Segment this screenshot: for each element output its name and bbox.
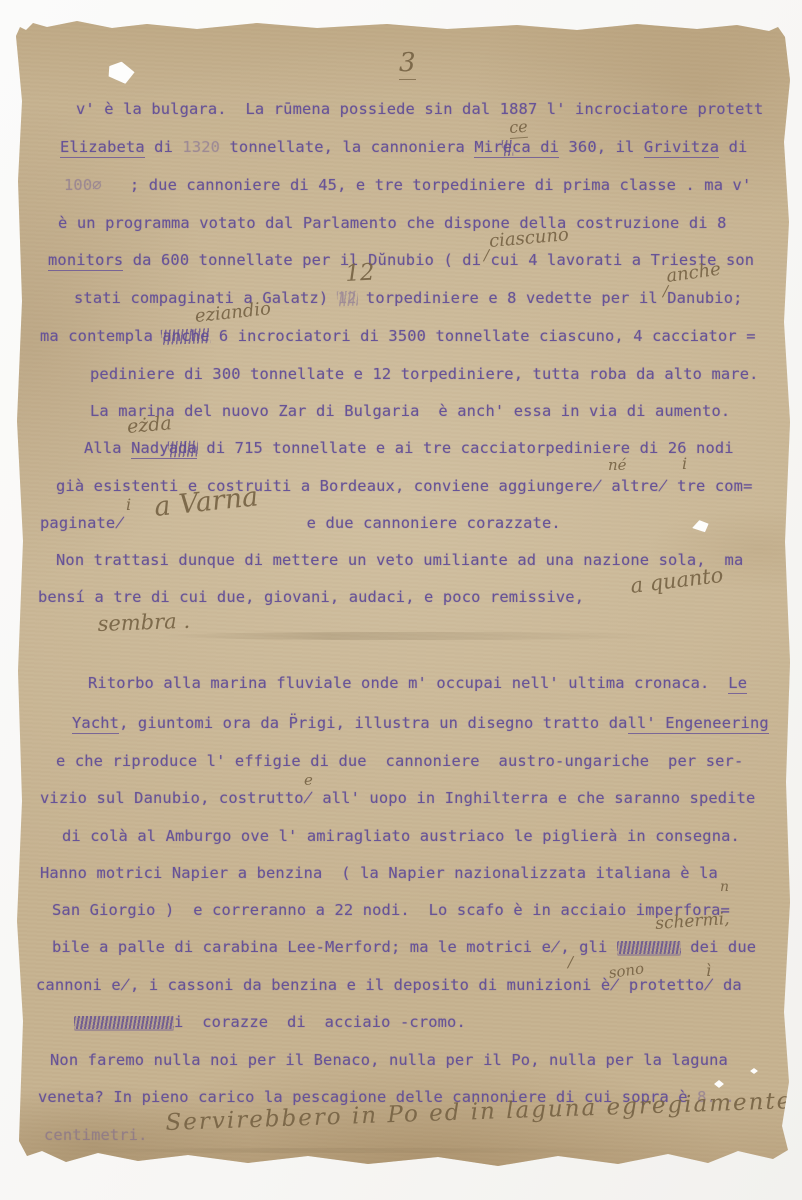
typed-line: paginate̸e due cannoniere corazzate.	[40, 514, 561, 532]
typed-text: i corazze di acciaio -cromo.	[174, 1013, 466, 1031]
typed-text: da	[714, 976, 742, 994]
typed-line: i corazze di acciaio -cromo.	[74, 1013, 466, 1031]
typed-text: Ritorbo alla marina fluviale onde m' occ…	[88, 674, 728, 692]
handwritten-annotation: i	[682, 454, 687, 473]
typed-line: Yacht, giuntomi ora da P̈rigi, illustra …	[72, 714, 769, 734]
typed-text: Non trattasi dunque di mettere un veto u…	[56, 551, 743, 569]
typed-text: ; due cannoniere di 45, e tre torpedinie…	[102, 176, 752, 194]
typed-line: è un programma votato dal Parlamento che…	[58, 214, 727, 232]
typed-line: Hanno motrici Napier a benzina ( la Napi…	[40, 864, 718, 882]
typed-text: tonnellate, la cannoniera	[220, 138, 474, 156]
typed-text: già esistenti e costruiti a Bordeaux, co…	[56, 477, 583, 495]
typed-line: bensí a tre di cui due, giovani, audaci,…	[38, 588, 584, 606]
typed-text: e̸	[583, 477, 602, 495]
typed-line: Non trattasi dunque di mettere un veto u…	[56, 551, 743, 569]
typed-text: è un programma votato dal Parlamento che…	[58, 214, 727, 232]
paper-damage-chip	[106, 58, 137, 85]
typed-line: stati compaginati a Galatz) 12 torpedini…	[74, 289, 743, 307]
typed-line: di colà al Amburgo ove l' amiragliato au…	[62, 827, 740, 845]
typed-text: Le	[728, 674, 747, 694]
typed-text: ca di	[512, 138, 559, 158]
page-number: 3	[399, 48, 416, 80]
typed-line: La marina del nuovo Zar di Bulgaria è an…	[90, 402, 730, 420]
typed-text: di	[145, 138, 183, 156]
typed-line: ma contempla anche 6 incrociatori di 350…	[40, 327, 756, 345]
typed-text: Elizabeta	[60, 138, 145, 158]
typed-text: e che riproduce l' effigie di due cannon…	[56, 752, 743, 770]
handwritten-annotation: ì	[706, 961, 711, 980]
handwritten-annotation: ∕	[663, 282, 668, 300]
typed-text: ma contempla	[40, 327, 162, 345]
typed-text: e̸	[649, 477, 668, 495]
typed-line: monitors da 600 tonnellate per il Dŭnubi…	[48, 251, 754, 271]
typed-text: monitors	[48, 251, 123, 271]
typed-line: Alla Nadyada di 715 tonnellate e ai tre …	[84, 439, 734, 459]
typed-text: di	[719, 138, 747, 156]
typed-text: tre com=	[668, 477, 753, 495]
handwritten-annotation: eżda	[126, 412, 172, 438]
typed-text: , i cassoni da benzina e il deposito di …	[130, 976, 601, 994]
typed-text: 12	[338, 289, 357, 307]
typed-text: anche	[162, 327, 209, 345]
typed-line: 100∅ ; due cannoniere di 45, e tre torpe…	[64, 176, 751, 194]
handwritten-annotation: e	[304, 771, 313, 789]
typed-line: cannoni e̸, i cassoni da benzina e il de…	[36, 976, 742, 994]
typed-line: Non faremo nulla noi per il Benaco, null…	[50, 1051, 728, 1069]
handwritten-annotation: sembra .	[97, 609, 190, 636]
typed-text: v' è la bulgara. La rūmena possiede sin …	[76, 100, 763, 118]
typed-text: vizio sul Danubio, costrutto̸ all' uopo …	[40, 789, 755, 807]
typed-text: da 600 tonnellate per il Dŭnubio ( di cu…	[123, 251, 754, 269]
typed-text: dei due	[681, 938, 756, 956]
typed-text: Mir	[474, 138, 502, 158]
typed-text: ll' Engeneering	[628, 714, 769, 734]
typed-line: Ritorbo alla marina fluviale onde m' occ…	[88, 674, 747, 694]
typed-text: cannoni	[36, 976, 111, 994]
typed-text: Non faremo nulla noi per il Benaco, null…	[50, 1051, 728, 1069]
typed-text: 6 incrociatori di 3500 tonnellate ciascu…	[210, 327, 756, 345]
handwritten-annotation: i	[126, 495, 131, 514]
typed-line: pediniere di 300 tonnellate e 12 torpedi…	[90, 365, 759, 383]
typed-text: paginat	[40, 514, 106, 532]
typed-text: 360, il	[559, 138, 644, 156]
typed-text: di 715 tonnellate e ai tre cacciatorpedi…	[197, 439, 734, 457]
typed-text: Yacht	[72, 714, 119, 734]
typed-text: di colà al Amburgo ove l' amiragliato au…	[62, 827, 740, 845]
typed-text: pediniere di 300 tonnellate e 12 torpedi…	[90, 365, 759, 383]
typed-text: altr	[602, 477, 649, 495]
typed-text: centimetri.	[44, 1126, 148, 1144]
handwritten-annotation: né	[608, 456, 627, 474]
typed-text: e	[503, 138, 512, 158]
typed-text: bensí a tre di cui due, giovani, audaci,…	[38, 588, 584, 606]
paper: v' è la bulgara. La rūmena possiede sin …	[16, 20, 790, 1170]
typed-line: Elizabeta di 1320 tonnellate, la cannoni…	[60, 138, 747, 158]
typed-text: bile a palle di carabina Lee-Merford; ma…	[52, 938, 542, 956]
typed-text: 100∅	[64, 176, 102, 194]
pencil-smudge	[156, 632, 676, 640]
handwritten-annotation: ∕	[568, 953, 573, 971]
handwritten-annotation: schermi,	[655, 909, 731, 934]
typed-text: San Giorgio ) e correranno a 22 nodi. Lo…	[52, 901, 730, 919]
handwritten-annotation: n	[720, 879, 729, 895]
crease-line	[56, 1148, 696, 1153]
typed-line: v' è la bulgara. La rūmena possiede sin …	[76, 100, 763, 118]
illegible-strikeout	[74, 1016, 174, 1029]
typed-line: centimetri.	[44, 1126, 148, 1144]
paper-damage-chip	[691, 519, 710, 535]
typed-text: e̸	[106, 514, 125, 532]
screenshot-root: { "page": { "type": "typewritten-manuscr…	[0, 0, 802, 1200]
typed-text: Nady	[131, 439, 169, 459]
typed-text: ada	[169, 439, 197, 459]
paper-damage-chip	[750, 1068, 758, 1074]
typed-line: bile a palle di carabina Lee-Merford; ma…	[52, 938, 756, 956]
handwritten-annotation: ∕	[484, 246, 489, 264]
handwritten-annotation: ce	[509, 117, 529, 139]
illegible-strikeout	[617, 941, 681, 954]
typed-text: Grivitza	[644, 138, 719, 158]
paper-damage-chip	[714, 1080, 724, 1088]
typed-text: e due cannoniere corazzate.	[307, 514, 561, 532]
typed-text: La marina del nuovo Zar di Bulgaria è an…	[90, 402, 730, 420]
typed-line: e che riproduce l' effigie di due cannon…	[56, 752, 743, 770]
typed-text: , giuntomi ora da P̈rigi, illustra un di…	[119, 714, 627, 732]
typed-line: vizio sul Danubio, costrutto̸ all' uopo …	[40, 789, 755, 807]
typed-text: Alla	[84, 439, 131, 457]
typed-text: e̸	[542, 938, 561, 956]
typed-text: Hanno motrici Napier a benzina ( la Napi…	[40, 864, 718, 882]
typed-text: 1320	[182, 138, 220, 156]
handwritten-annotation: 12	[345, 260, 376, 287]
typed-text: e̸	[111, 976, 130, 994]
typed-text: torpediniere e 8 vedette per il Danubio;	[357, 289, 743, 307]
typed-line: San Giorgio ) e correranno a 22 nodi. Lo…	[52, 901, 730, 919]
